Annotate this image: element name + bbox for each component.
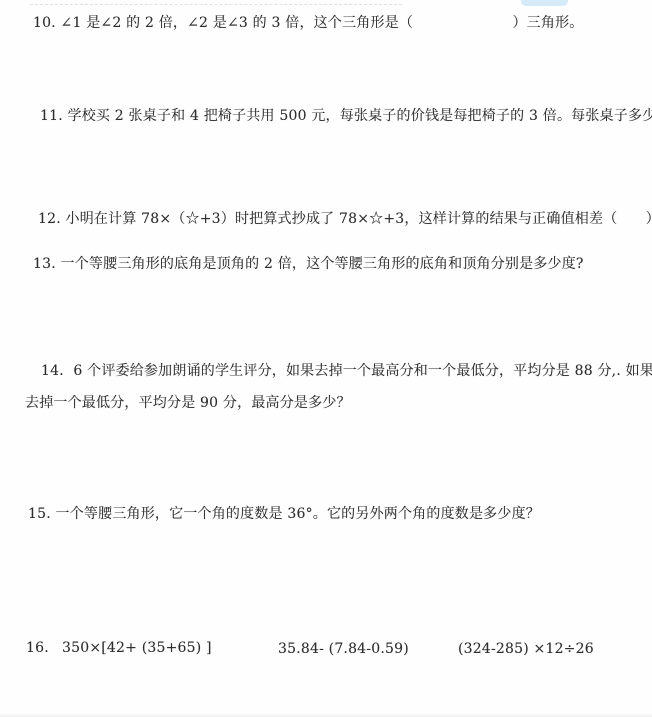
question-16-number: 16. — [26, 640, 49, 658]
question-15: 15. 一个等腰三角形，它一个角的度数是 36°。它的另外两个角的度数是多少度？ — [28, 506, 540, 524]
question-16-expression-1: 350×[42+ (35+65) ] — [62, 640, 212, 658]
question-10: 10. ∠1 是∠2 的 2 倍，∠2 是∠3 的 3 倍，这个三角形是（ ）三… — [33, 15, 583, 33]
question-12: 12. 小明在计算 78×（☆+3）时把算式抄成了 78×☆+3，这样计算的结果… — [38, 211, 652, 229]
scan-artifact-line — [30, 4, 402, 5]
question-16-expression-2: 35.84- (7.84-0.59) — [278, 641, 409, 659]
question-13: 13. 一个等腰三角形的底角是顶角的 2 倍，这个等腰三角形的底角和顶角分别是多… — [33, 256, 584, 274]
scan-artifact-blue-tab — [521, 0, 568, 6]
worksheet-page: 10. ∠1 是∠2 的 2 倍，∠2 是∠3 的 3 倍，这个三角形是（ ）三… — [0, 0, 652, 717]
question-16-expression-3: (324-285) ×12÷26 — [458, 641, 594, 659]
question-14-line-1: 14．6 个评委给参加朗诵的学生评分，如果去掉一个最高分和一个最低分，平均分是 … — [41, 363, 652, 381]
question-11: 11. 学校买 2 张桌子和 4 把椅子共用 500 元，每张桌子的价钱是每把椅… — [40, 108, 652, 126]
question-14-line-2: 去掉一个最低分，平均分是 90 分，最高分是多少？ — [25, 395, 351, 413]
page-bottom-shadow — [0, 713, 652, 717]
